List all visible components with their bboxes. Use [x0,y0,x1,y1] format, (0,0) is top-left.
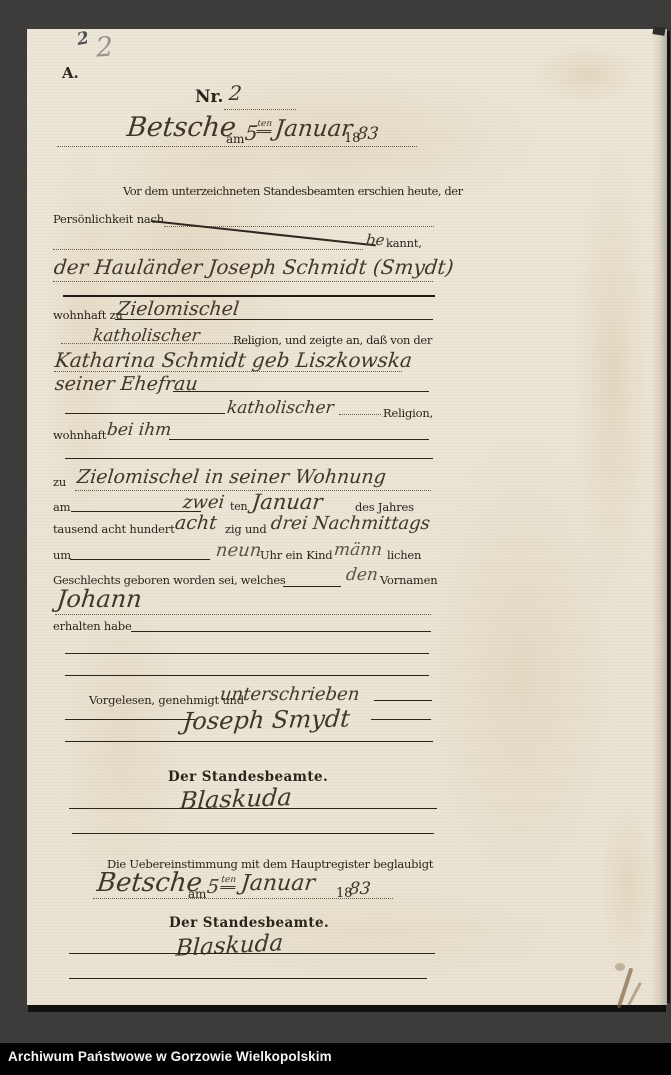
page-stack-edge [651,29,667,1005]
rule [65,653,429,654]
rule [65,719,195,720]
cert-month: Januar [240,871,317,896]
child-gender: männ [333,540,383,560]
mother-name-line: Katharina Schmidt geb Liszkowska [54,348,414,372]
scanned-registry-page: 2 2 A. Nr. 2 Betsche am 5 ten Januar 18 … [0,0,671,1075]
wohnhaft-label: wohnhaft [53,428,106,442]
rule [169,439,429,440]
cert-day: 5 [206,876,220,898]
rule [61,343,257,344]
rule [224,109,296,110]
uhr-ein-kind-label: Uhr ein Kind [260,548,332,562]
intro-printed-line: Vor dem unterzeichneten Standesbeamten e… [123,184,463,198]
rule [57,146,417,147]
rule [70,559,210,560]
record-month: Januar [274,116,354,142]
rule [93,898,393,899]
birth-place-line: Zielomischel in seiner Wohnung [76,466,387,488]
cert-day-suffix: ten [220,875,236,889]
am-label: am [226,132,244,146]
den-handwritten: den [345,565,379,585]
erhalten-habe-label: erhalten habe [53,619,132,633]
rule [65,458,433,459]
record-place: Betsche [125,112,237,143]
ten-printed: ten [230,500,247,513]
rule [69,978,427,979]
daytime: Nachmittags [312,513,431,534]
declarant-name-line: der Hauländer Joseph Schmidt (Smydt) [53,255,455,279]
zig-und-label: zig und [225,522,267,536]
registrar-title-1: Der Standesbeamte. [168,769,328,785]
religion-printed-1: Religion, und zeigte an, daß von der [233,333,432,347]
rule [339,414,381,415]
rule [65,741,433,742]
be-handwritten: be [365,231,385,249]
record-year-written: 83 [356,124,380,144]
zu-label: zu [53,475,66,489]
ink-smudge [627,982,642,1006]
pencil-mark-dark: 2 [75,28,90,50]
lichen-label: lichen [387,548,421,562]
declarant-residence: Zielomischel [116,298,240,320]
am-label-2: am [53,500,70,514]
birth-month: Januar [251,490,324,514]
mother-residence: bei ihm [106,420,172,440]
rule [72,833,434,834]
rule [63,295,435,297]
pencil-mark-light: 2 [95,31,114,63]
unterschrieben-handwritten: unterschrieben [219,684,361,705]
year-decade: acht [174,512,218,534]
record-number-value: 2 [228,81,243,105]
kannt-printed: kannt, [386,236,422,250]
persoenlichkeit-label: Persönlichkeit nach [53,212,164,226]
rule [371,719,431,720]
ink-smudge [615,963,625,971]
form-letter-a: A. [62,64,78,82]
paper-corner-notch [652,26,665,36]
rule [54,371,402,372]
rule [173,391,429,392]
child-name: Johann [56,585,144,613]
registrar-title-2: Der Standesbeamte. [169,915,329,931]
year-unit: drei [270,513,309,534]
rule [55,614,431,615]
rule [53,281,433,282]
tausend-label: tausend acht hundert [53,522,175,536]
mother-religion: katholischer [226,398,335,418]
archive-name: Archiwum Państwowe w Gorzowie Wielkopols… [8,1049,332,1064]
vornamen-label: Vornamen [380,573,437,587]
record-day-suffix: ten [256,119,272,133]
registrar-signature-2: Blaskuda [175,930,284,962]
rule [69,808,437,809]
rule [65,413,225,414]
rule [283,586,341,587]
religion-printed-2: Religion, [383,406,433,420]
archive-footer-bar: Archiwum Państwowe w Gorzowie Wielkopols… [0,1043,671,1075]
document-paper: 2 2 A. Nr. 2 Betsche am 5 ten Januar 18 … [27,29,667,1005]
declarant-signature: Joseph Smydt [182,705,352,736]
rule [131,631,431,632]
wohnhaft-zu-label: wohnhaft zu [53,308,123,322]
rule [53,249,363,250]
registrar-signature-1: Blaskuda [179,783,293,815]
um-label: um [53,548,71,562]
cert-year-written: 83 [348,879,372,899]
rule [69,953,435,954]
rule [374,700,432,701]
birth-day: zwei [182,492,226,513]
rule [115,319,433,320]
rule [65,675,429,676]
des-jahres-label: des Jahres [355,500,414,514]
birth-hour: neun [215,540,263,561]
record-number-label: Nr. [195,87,223,107]
crossing-stroke [151,220,376,246]
